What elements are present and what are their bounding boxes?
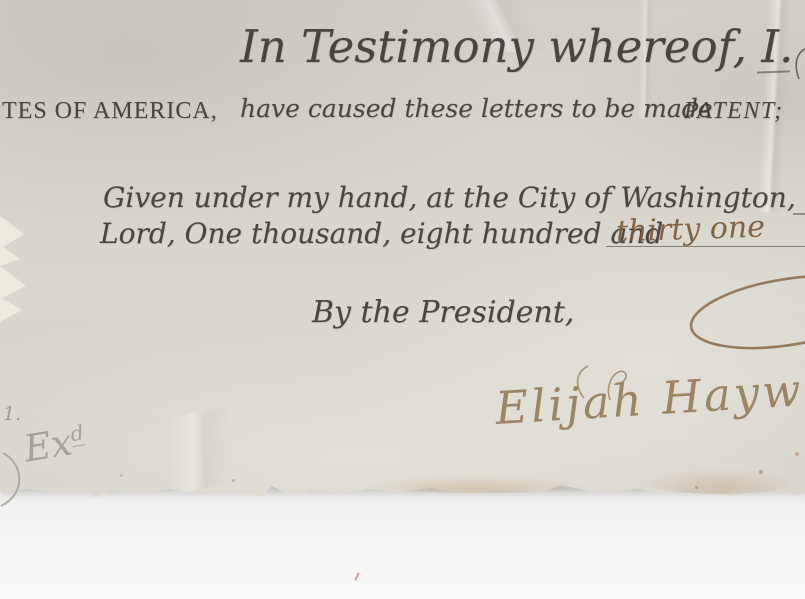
document-photo: r. In Testimony whereof, I. TES OF AMERI… xyxy=(0,0,805,599)
foxing-spot xyxy=(795,452,799,456)
by-the-president-line: By the President, xyxy=(312,295,574,330)
blank-fill-line xyxy=(793,213,805,215)
foxing-spot xyxy=(695,486,698,489)
patent-caps: PATENT; xyxy=(684,98,784,125)
president-signature-flourish xyxy=(676,266,805,366)
pencil-loop-mark xyxy=(0,452,26,508)
foxing-spot xyxy=(759,470,763,474)
year-handwritten: thirty one xyxy=(615,209,765,249)
states-of-america-caps: TES OF AMERICA, xyxy=(2,98,218,125)
red-fiber-speck xyxy=(354,572,359,581)
cut-off-pen-stroke xyxy=(792,46,805,80)
testimony-line: In Testimony whereof, I. xyxy=(240,20,793,73)
given-line: Given under my hand, at the City of Wash… xyxy=(103,181,805,214)
foxing-spot xyxy=(120,474,123,477)
pencil-ex-text: Ex xyxy=(21,421,75,471)
foxing-spot xyxy=(232,479,235,482)
year-fill-rule xyxy=(606,246,805,247)
lord-line: Lord, One thousand, eight hundred and xyxy=(100,217,663,250)
caused-clause: have caused these letters to be made xyxy=(240,94,713,123)
pencil-docket-number: 1. xyxy=(3,403,21,425)
